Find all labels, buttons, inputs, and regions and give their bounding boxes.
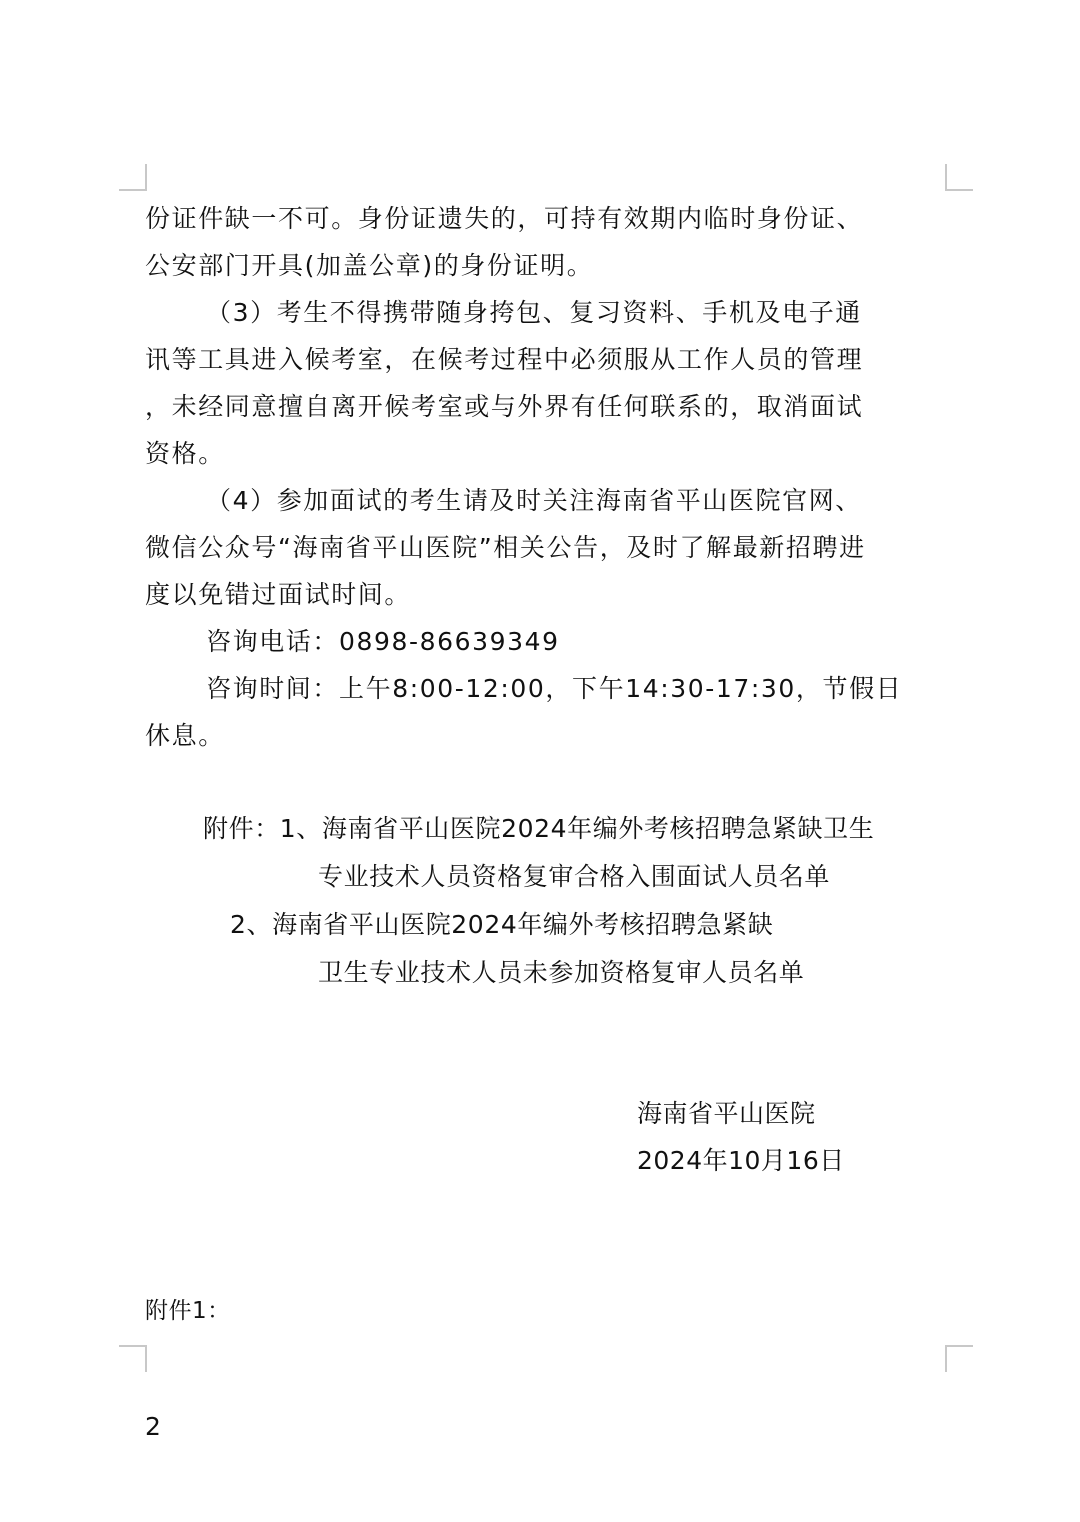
- text-line: 资格。: [145, 437, 225, 471]
- crop-mark-bottom-left: [119, 1345, 147, 1372]
- contact-hours: 咨询时间：上午8:00-12:00，下午14:30-17:30，节假日: [206, 672, 902, 706]
- crop-mark-bottom-right: [945, 1345, 973, 1372]
- text-line: 公安部门开具(加盖公章)的身份证明。: [145, 249, 593, 283]
- attachment-item-1: 附件：1、海南省平山医院2024年编外考核招聘急紧缺卫生: [203, 812, 874, 846]
- text-line: 份证件缺一不可。身份证遗失的，可持有效期内临时身份证、: [145, 202, 863, 236]
- attachment-1-heading: 附件1：: [145, 1294, 231, 1328]
- contact-hours-cont: 休息。: [145, 719, 225, 753]
- text-line: 度以免错过面试时间。: [145, 578, 411, 612]
- attachment-item-1-cont: 专业技术人员资格复审合格入围面试人员名单: [318, 860, 830, 894]
- attachment-item-2-cont: 卫生专业技术人员未参加资格复审人员名单: [318, 956, 804, 990]
- signature-organization: 海南省平山医院: [637, 1097, 816, 1131]
- attachment-item-2: 2、海南省平山医院2024年编外考核招聘急紧缺: [230, 908, 773, 942]
- page-number: 2: [145, 1410, 163, 1444]
- crop-mark-top-left: [119, 164, 147, 191]
- signature-date: 2024年10月16日: [637, 1144, 845, 1178]
- text-line: 讯等工具进入候考室，在候考过程中必须服从工作人员的管理: [145, 343, 863, 377]
- contact-phone: 咨询电话：0898-86639349: [206, 625, 560, 659]
- text-line: 微信公众号“海南省平山医院”相关公告，及时了解最新招聘进: [145, 531, 866, 565]
- crop-mark-top-right: [945, 164, 973, 191]
- text-line: （4）参加面试的考生请及时关注海南省平山医院官网、: [206, 484, 862, 518]
- text-line: ，未经同意擅自离开候考室或与外界有任何联系的，取消面试: [145, 390, 863, 424]
- text-line: （3）考生不得携带随身挎包、复习资料、手机及电子通: [206, 296, 862, 330]
